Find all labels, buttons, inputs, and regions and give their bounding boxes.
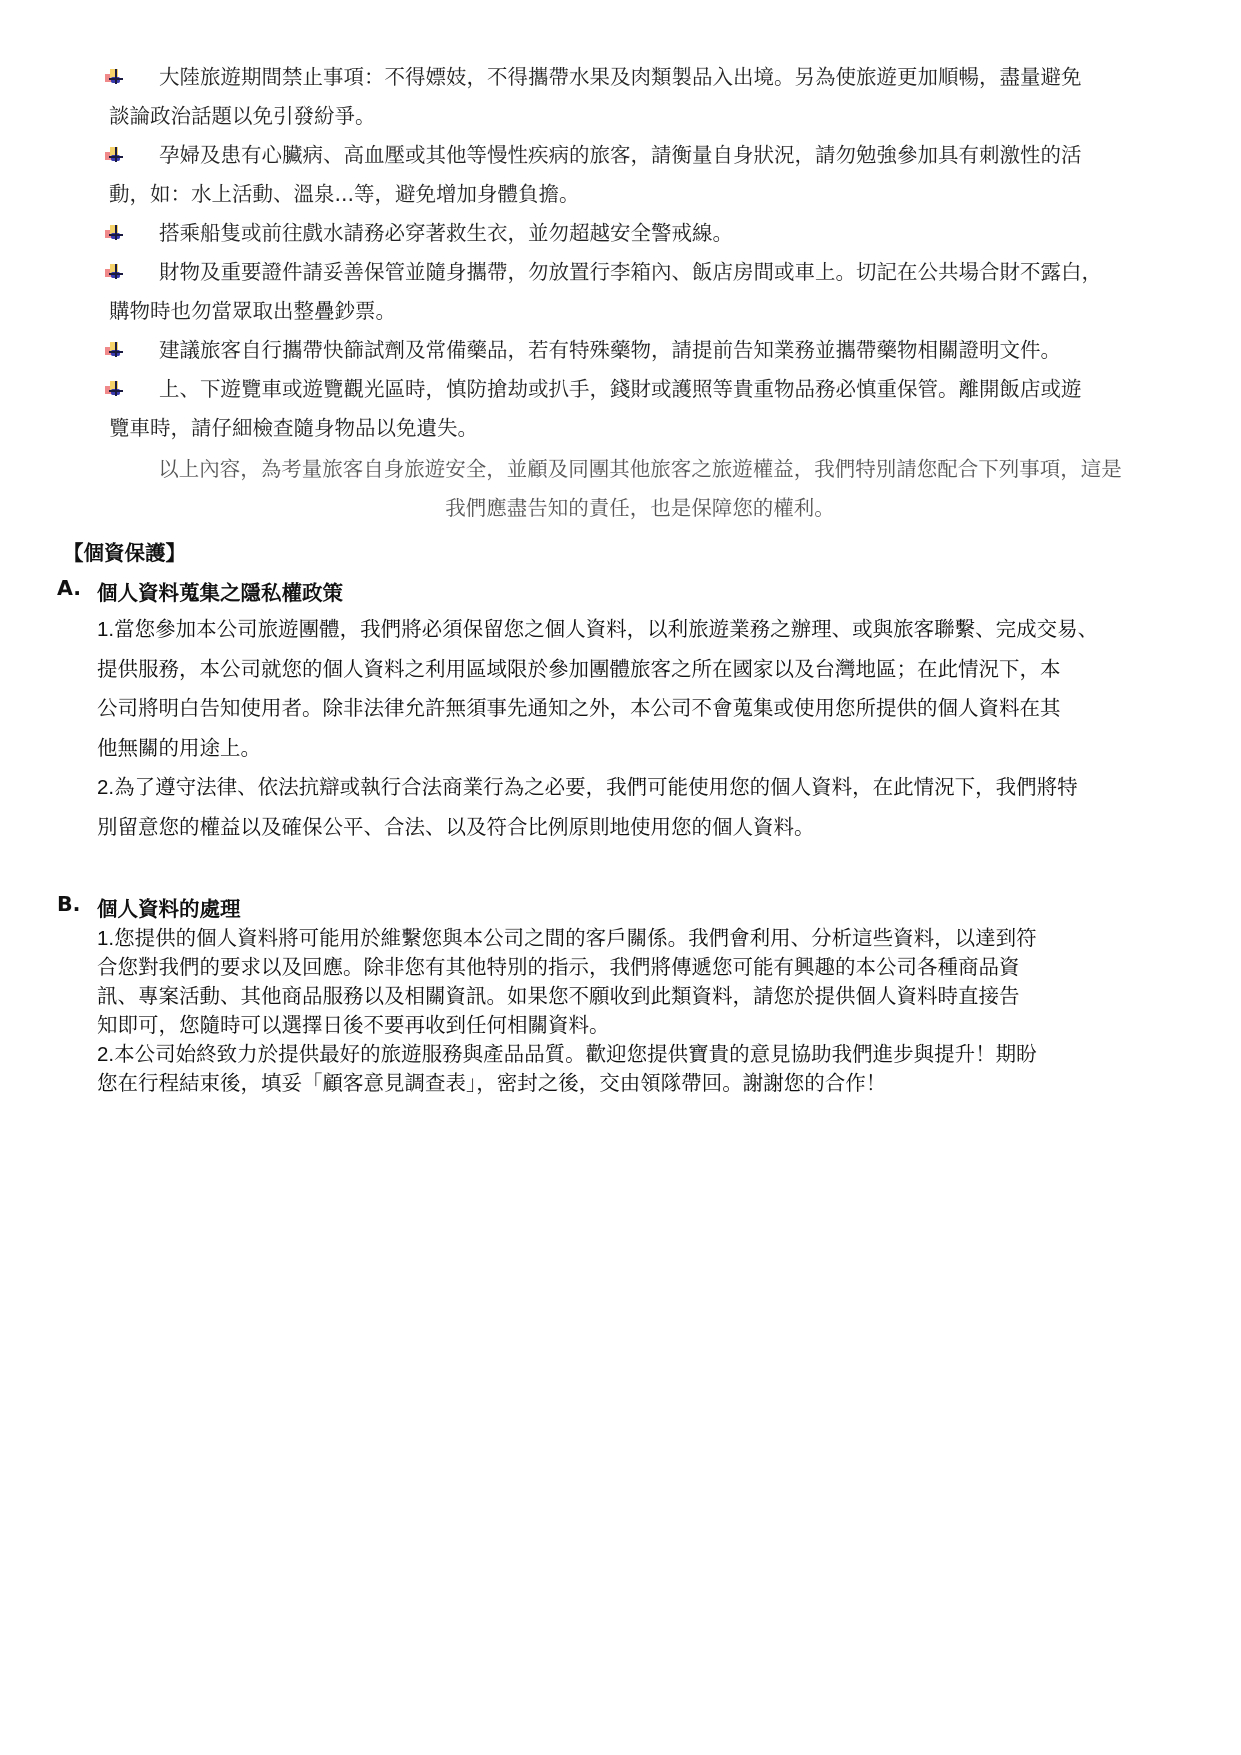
- notice-text: 財物及重要證件請妥善保管並隨身攜帶，勿放置行李箱內、飯店房間或車上。切記在公共場…: [159, 260, 1102, 284]
- paragraph-line: 提供服務，本公司就您的個人資料之利用區域限於參加團體旅客之所在國家以及台灣地區；…: [97, 650, 1187, 690]
- bullet-arrow-icon: [105, 381, 123, 397]
- bullet-arrow-icon: [105, 69, 123, 85]
- section-a-title: 個人資料蒐集之隱私權政策: [97, 576, 343, 606]
- notice-item: 孕婦及患有心臟病、高血壓或其他等慢性疾病的旅客，請衡量自身狀況，請勿勉強參加具有…: [97, 136, 1187, 214]
- item-number: 2.: [97, 1043, 114, 1066]
- section-b-marker: B.: [57, 892, 80, 916]
- notice-text-cont: 覽車時，請仔細檢查隨身物品以免遺失。: [97, 409, 1187, 448]
- notice-item: 上、下遊覽車或遊覽觀光區時，慎防搶劫或扒手，錢財或護照等貴重物品務必慎重保管。離…: [97, 370, 1187, 448]
- bullet-arrow-icon: [105, 264, 123, 280]
- section-a-item-1: 1.當您參加本公司旅遊團體，我們將必須保留您之個人資料，以利旅遊業務之辦理、或與…: [97, 610, 1187, 768]
- bullet-arrow-icon: [105, 225, 123, 241]
- paragraph-line: 他無關的用途上。: [97, 729, 1187, 769]
- notice-text-cont: 動，如：水上活動、溫泉...等，避免增加身體負擔。: [97, 175, 1187, 214]
- notice-text-cont: 購物時也勿當眾取出整疊鈔票。: [97, 292, 1187, 331]
- section-a-marker: A.: [57, 576, 81, 600]
- item-number: 1.: [97, 618, 114, 641]
- section-a-item-2: 2.為了遵守法律、依法抗辯或執行合法商業行為之必要，我們可能使用您的個人資料，在…: [97, 768, 1187, 847]
- item-number: 1.: [97, 927, 114, 950]
- notice-text: 孕婦及患有心臟病、高血壓或其他等慢性疾病的旅客，請衡量自身狀況，請勿勉強參加具有…: [159, 143, 1082, 167]
- notice-item: 搭乘船隻或前往戲水請務必穿著救生衣，並勿超越安全警戒線。: [97, 214, 1187, 253]
- closing-note-line: 以上內容，為考量旅客自身旅遊安全，並顧及同團其他旅客之旅遊權益，我們特別請您配合…: [97, 450, 1183, 489]
- closing-note-line: 我們應盡告知的責任，也是保障您的權利。: [97, 489, 1183, 528]
- paragraph-line: 您提供的個人資料將可能用於維繫您與本公司之間的客戶關係。我們會利用、分析這些資料…: [114, 926, 1037, 950]
- document-page: 大陸旅遊期間禁止事項：不得嫖妓，不得攜帶水果及肉類製品入出境。另為使旅遊更加順暢…: [0, 0, 1241, 1755]
- notice-text: 搭乘船隻或前往戲水請務必穿著救生衣，並勿超越安全警戒線。: [159, 221, 733, 245]
- paragraph-line: 合您對我們的要求以及回應。除非您有其他特別的指示，我們將傳遞您可能有興趣的本公司…: [97, 953, 1137, 982]
- paragraph-line: 訊、專案活動、其他商品服務以及相關資訊。如果您不願收到此類資料，請您於提供個人資…: [97, 982, 1137, 1011]
- notice-text: 大陸旅遊期間禁止事項：不得嫖妓，不得攜帶水果及肉類製品入出境。另為使旅遊更加順暢…: [159, 65, 1082, 89]
- notice-item: 建議旅客自行攜帶快篩試劑及常備藥品，若有特殊藥物，請提前告知業務並攜帶藥物相關證…: [97, 331, 1187, 370]
- notice-item: 大陸旅遊期間禁止事項：不得嫖妓，不得攜帶水果及肉類製品入出境。另為使旅遊更加順暢…: [97, 58, 1187, 136]
- section-b-item-1: 1.您提供的個人資料將可能用於維繫您與本公司之間的客戶關係。我們會利用、分析這些…: [97, 924, 1137, 1040]
- notice-item: 財物及重要證件請妥善保管並隨身攜帶，勿放置行李箱內、飯店房間或車上。切記在公共場…: [97, 253, 1187, 331]
- section-b-title: 個人資料的處理: [97, 892, 241, 922]
- notice-text-cont: 談論政治話題以免引發紛爭。: [97, 97, 1187, 136]
- notice-text: 建議旅客自行攜帶快篩試劑及常備藥品，若有特殊藥物，請提前告知業務並攜帶藥物相關證…: [159, 338, 1061, 362]
- paragraph-line: 您在行程結束後，填妥「顧客意見調查表」，密封之後，交由領隊帶回。謝謝您的合作！: [97, 1069, 1137, 1098]
- paragraph-line: 公司將明白告知使用者。除非法律允許無須事先通知之外，本公司不會蒐集或使用您所提供…: [97, 689, 1187, 729]
- privacy-title: 【個資保護】: [63, 536, 186, 566]
- bullet-arrow-icon: [105, 342, 123, 358]
- paragraph-line: 為了遵守法律、依法抗辯或執行合法商業行為之必要，我們可能使用您的個人資料，在此情…: [114, 775, 1078, 799]
- section-b-item-2: 2.本公司始終致力於提供最好的旅遊服務與產品品質。歡迎您提供寶貴的意見協助我們進…: [97, 1040, 1137, 1098]
- bullet-arrow-icon: [105, 147, 123, 163]
- paragraph-line: 知即可，您隨時可以選擇日後不要再收到任何相關資料。: [97, 1011, 1137, 1040]
- paragraph-line: 別留意您的權益以及確保公平、合法、以及符合比例原則地使用您的個人資料。: [97, 808, 1187, 848]
- item-number: 2.: [97, 776, 114, 799]
- closing-note: 以上內容，為考量旅客自身旅遊安全，並顧及同團其他旅客之旅遊權益，我們特別請您配合…: [97, 450, 1183, 528]
- notice-text: 上、下遊覽車或遊覽觀光區時，慎防搶劫或扒手，錢財或護照等貴重物品務必慎重保管。離…: [159, 377, 1082, 401]
- paragraph-line: 本公司始終致力於提供最好的旅遊服務與產品品質。歡迎您提供寶貴的意見協助我們進步與…: [114, 1042, 1037, 1066]
- paragraph-line: 當您參加本公司旅遊團體，我們將必須保留您之個人資料，以利旅遊業務之辦理、或與旅客…: [114, 617, 1098, 641]
